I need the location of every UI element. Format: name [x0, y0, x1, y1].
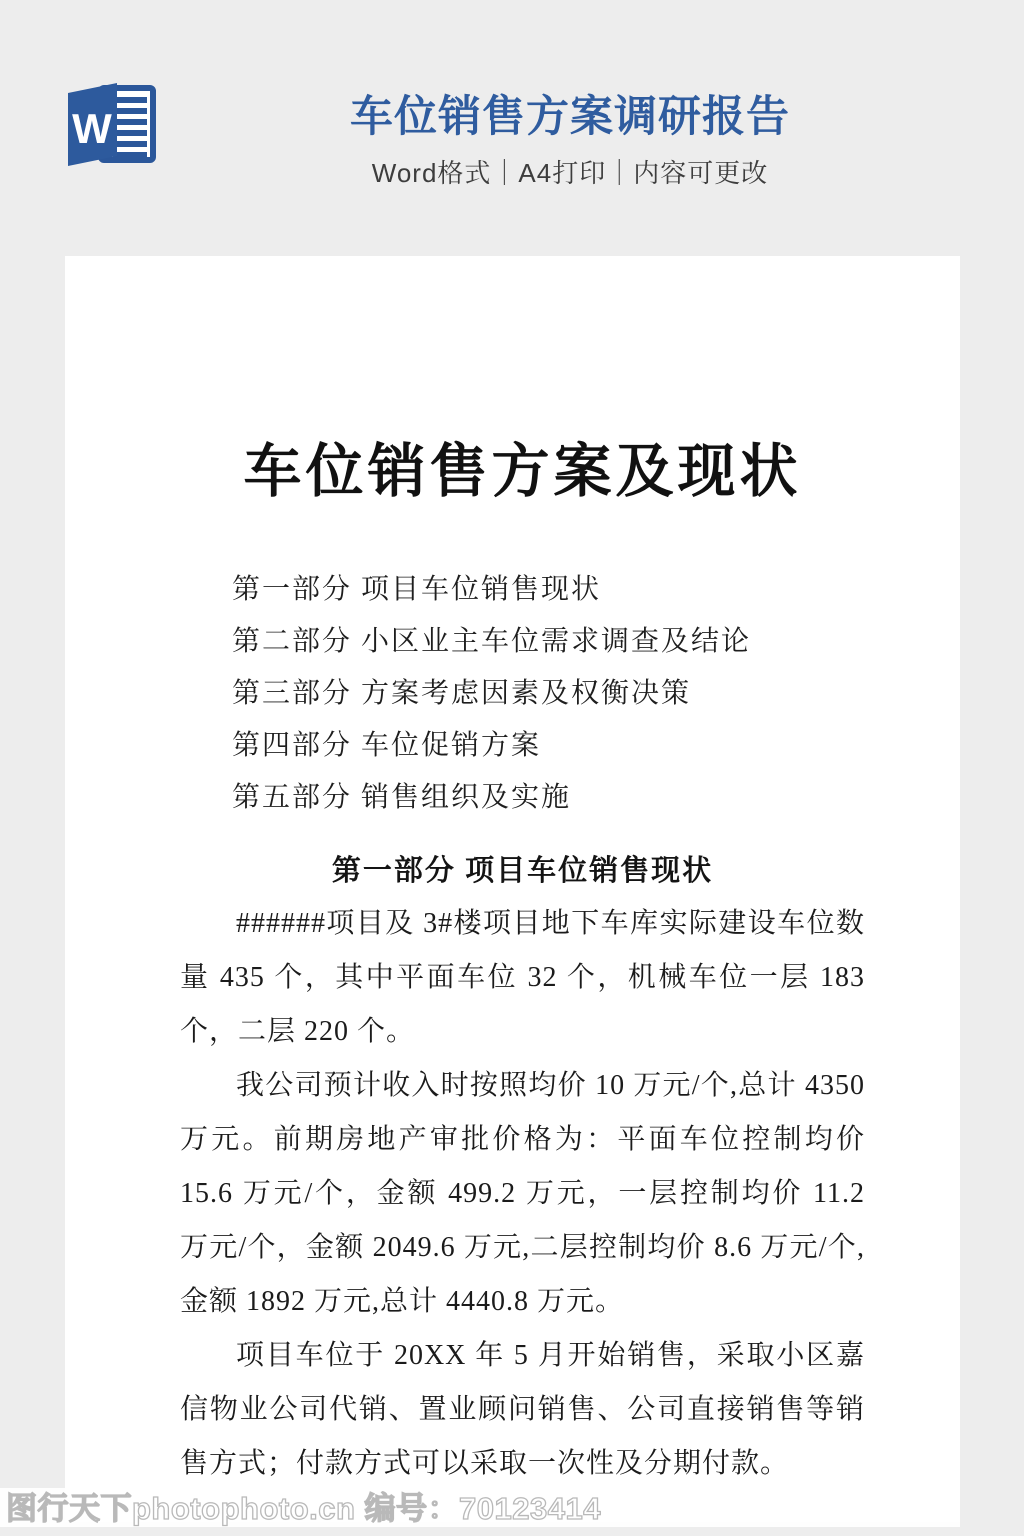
product-subtitle: Word格式｜A4打印｜内容可更改 — [330, 153, 810, 190]
toc-item: 第四部分 车位促销方案 — [232, 720, 865, 772]
toc-item: 第二部分 小区业主车位需求调查及结论 — [232, 616, 865, 668]
document-paragraph: 项目车位于 20XX 年 5 月开始销售，采取小区嘉信物业公司代销、置业顾问销售… — [180, 1329, 865, 1491]
document-paragraph: ######项目及 3#楼项目地下车库实际建设车位数量 435 个，其中平面车位… — [180, 897, 865, 1059]
word-icon-letter: W — [72, 105, 112, 152]
document-body: ######项目及 3#楼项目地下车库实际建设车位数量 435 个，其中平面车位… — [180, 897, 865, 1491]
document-toc: 第一部分 项目车位销售现状第二部分 小区业主车位需求调查及结论第三部分 方案考虑… — [232, 564, 865, 824]
document-page: 车位销售方案及现状 第一部分 项目车位销售现状第二部分 小区业主车位需求调查及结… — [65, 256, 960, 1522]
product-title: 车位销售方案调研报告 — [330, 94, 810, 141]
toc-item: 第一部分 项目车位销售现状 — [232, 564, 865, 616]
document-paragraph: 我公司预计收入时按照均价 10 万元/个,总计 4350 万元。前期房地产审批价… — [180, 1059, 865, 1329]
toc-item: 第五部分 销售组织及实施 — [232, 772, 865, 824]
section-heading: 第一部分 项目车位销售现状 — [180, 848, 865, 889]
header-text-block: 车位销售方案调研报告 Word格式｜A4打印｜内容可更改 — [330, 94, 810, 190]
document-content: 车位销售方案及现状 第一部分 项目车位销售现状第二部分 小区业主车位需求调查及结… — [65, 256, 960, 1491]
document-title: 车位销售方案及现状 — [180, 256, 865, 508]
watermark-bar: 图行天下photophoto.cn 编号：70123414 — [0, 1488, 960, 1527]
watermark-text: 图行天下photophoto.cn 编号：70123414 — [6, 1489, 601, 1528]
toc-item: 第三部分 方案考虑因素及权衡决策 — [232, 668, 865, 720]
brand-header: W 车位销售方案调研报告 Word格式｜A4打印｜内容可更改 — [0, 0, 1024, 256]
word-icon: W — [57, 80, 173, 190]
